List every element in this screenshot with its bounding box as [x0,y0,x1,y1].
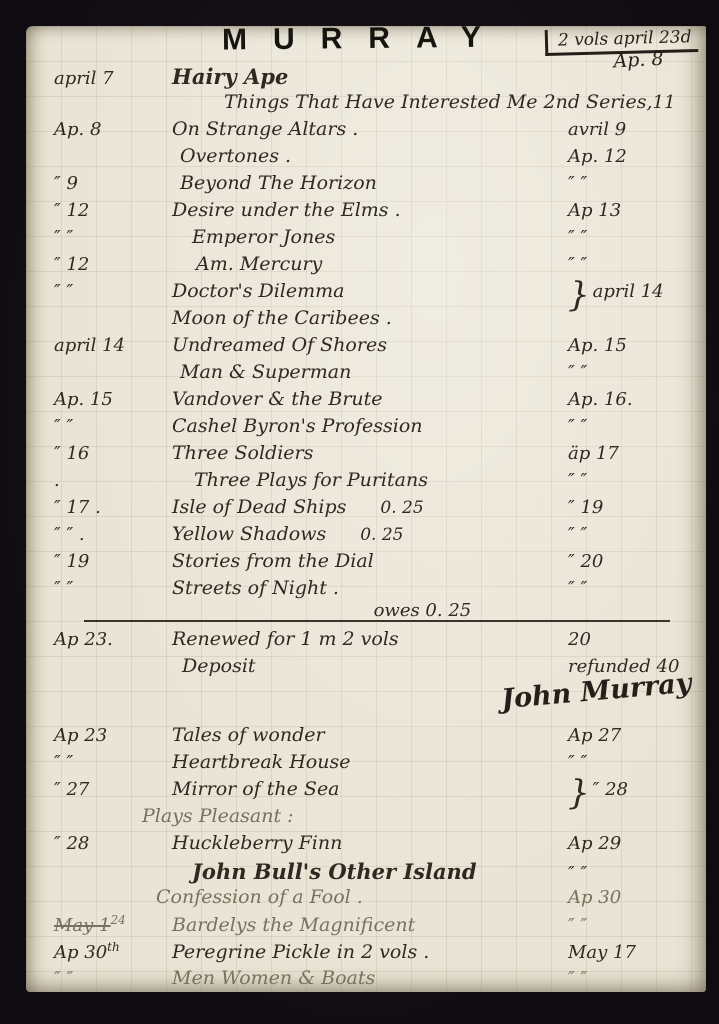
return-date: ″ ″ [568,470,696,491]
borrow-date: ″ 12 [38,254,172,275]
rows: april 7Hairy ApeThings That Have Interes… [38,64,696,994]
book-title: Moon of the Caribees . [172,307,568,329]
borrow-date: Ap 23. [38,629,172,650]
ledger-row: ″ ″Men Women & Boats″ ″ [38,967,696,994]
book-title: Yellow Shadows0. 25 [172,523,568,545]
return-date: Ap 30 [568,887,696,908]
borrow-date: ″ 27 [38,779,172,800]
book-title: Bardelys the Magnificent [172,914,568,936]
book-title: Men Women & Boats [172,967,568,989]
ledger-row: Ap 23.Renewed for 1 m 2 vols20 [38,628,696,655]
book-title: Undreamed Of Shores [172,334,568,356]
ledger-row: Confession of a Fool .Ap 30 [38,886,696,913]
borrower-name: MURRAY [222,21,507,58]
borrow-date: ″ ″ [38,281,172,302]
book-title: Deposit [182,655,568,677]
ledger-row: Things That Have Interested Me 2nd Serie… [38,91,696,118]
return-date: 20 [568,629,696,650]
return-date: ″ ″ [568,863,696,884]
price-note: 0. 25 [380,498,423,518]
ledger-row: May 124Bardelys the Magnificent″ ″ [38,913,696,940]
borrow-date: . [38,470,172,491]
book-title: Mirror of the Sea [172,778,568,800]
book-title: Isle of Dead Ships0. 25 [172,496,568,518]
ledger-row: Ap 23Tales of wonderAp 27 [38,724,696,751]
date-superscript: th [107,940,120,954]
return-date: Ap. 15 [568,335,696,356]
ledger-row: ″ ″Emperor Jones″ ″ [38,226,696,253]
return-date: Ap 27 [568,725,696,746]
book-title: Beyond The Horizon [180,172,568,194]
ledger-row: ″ 27Mirror of the Sea}″ 28 [38,778,696,805]
return-date: ″ ″ [568,524,696,545]
ledger-row: Plays Pleasant : [38,805,696,832]
book-title: Emperor Jones [192,226,568,248]
return-date: Ap 13 [568,200,696,221]
book-title: Huckleberry Finn [172,832,568,854]
book-title: Renewed for 1 m 2 vols [172,628,568,650]
return-date: ″ ″ [568,362,696,383]
ledger-row: ″ ″ .Yellow Shadows0. 25″ ″ [38,523,696,550]
ledger-row: ″ 28Huckleberry FinnAp 29 [38,832,696,859]
book-title: Three Plays for Puritans [194,469,568,491]
corner-note: 2 vols april 23d Ap. 8 [545,28,698,72]
borrow-date: ″ 17 . [38,497,172,518]
ledger-row: ″ 17 .Isle of Dead Ships0. 25″ 19 [38,496,696,523]
return-date: avril 9 [568,119,696,140]
return-date: Ap. 16. [568,389,696,410]
return-date: 11 [653,92,719,113]
ledger-row: april 14Undreamed Of ShoresAp. 15 [38,334,696,361]
book-title: John Bull's Other Island [192,859,568,884]
owes-note: owes 0. 25 [374,600,472,621]
ledger-row: Man & Superman″ ″ [38,361,696,388]
book-title: Desire under the Elms . [172,199,568,221]
date-superscript: 24 [111,913,126,927]
ledger-row: ″ 12Am. Mercury″ ″ [38,253,696,280]
ledger-row: .Three Plays for Puritans″ ″ [38,469,696,496]
ledger-row: Overtones .Ap. 12 [38,145,696,172]
book-title: Vandover & the Brute [172,388,568,410]
ledger-row: Ap. 15Vandover & the BruteAp. 16. [38,388,696,415]
borrow-date: Ap 23 [38,725,172,746]
borrow-date: ″ 28 [38,833,172,854]
borrow-date: ″ 9 [38,173,172,194]
ledger-row: ″ 9Beyond The Horizon″ ″ [38,172,696,199]
return-date: Ap. 12 [568,146,696,167]
lending-card: MURRAY 2 vols april 23d Ap. 8 april 7Hai… [26,26,706,992]
owes-rule-row: owes 0. 25 [38,604,696,628]
borrow-date: april 14 [38,335,172,356]
price-note: 0. 25 [360,525,403,545]
borrow-date: May 124 [38,913,172,936]
borrow-date: ″ ″ [38,968,172,989]
book-title: Hairy Ape [172,64,568,89]
return-date: ″ ″ [568,968,696,989]
ledger-row: ″ 12Desire under the Elms .Ap 13 [38,199,696,226]
book-title: Streets of Night . [172,577,568,599]
ledger-row: ″ ″Cashel Byron's Profession″ ″ [38,415,696,442]
book-title: Things That Have Interested Me 2nd Serie… [224,91,653,113]
return-date: ″ ″ [568,752,696,773]
ledger-row: ″ ″Doctor's Dilemma}april 14 [38,280,696,307]
borrow-date: ″ 16 [38,443,172,464]
return-date: ″ ″ [568,227,696,248]
borrow-date: Ap 30th [38,940,172,963]
return-date: }april 14 [568,281,696,302]
return-date: ″ 19 [568,497,696,518]
return-date: }″ 28 [568,779,696,800]
borrow-date: ″ ″ [38,578,172,599]
return-date: ″ 20 [568,551,696,572]
borrow-date: april 7 [38,68,172,89]
borrow-date: ″ 12 [38,200,172,221]
borrow-date: ″ ″ . [38,524,172,545]
book-title: Heartbreak House [172,751,568,773]
book-title: Confession of a Fool . [156,886,568,908]
ledger-row: ″ 16Three Soldiersäp 17 [38,442,696,469]
book-title: On Strange Altars . [172,118,568,140]
borrow-date: ″ ″ [38,416,172,437]
book-title: Plays Pleasant : [142,805,568,827]
book-title: Am. Mercury [196,253,568,275]
ledger-row: ″ ″Heartbreak House″ ″ [38,751,696,778]
book-title: Doctor's Dilemma [172,280,568,302]
return-date: äp 17 [568,443,696,464]
ledger-row: Moon of the Caribees . [38,307,696,334]
ledger-row: Ap 30thPeregrine Pickle in 2 vols .May 1… [38,940,696,967]
book-title: Cashel Byron's Profession [172,415,568,437]
signature-row: John Murray [38,682,696,724]
return-date: ″ ″ [568,254,696,275]
ledger-row: Ap. 8On Strange Altars .avril 9 [38,118,696,145]
ledger-row: ″ ″Streets of Night .″ ″ [38,577,696,604]
book-title: Man & Superman [180,361,568,383]
return-date: Ap 29 [568,833,696,854]
borrow-date: ″ ″ [38,752,172,773]
return-date: May 17 [568,942,696,963]
book-title: Stories from the Dial [172,550,568,572]
borrow-date: Ap. 15 [38,389,172,410]
book-title: Overtones . [180,145,568,167]
return-date: ″ ″ [568,578,696,599]
borrow-date: ″ ″ [38,227,172,248]
book-title: Tales of wonder [172,724,568,746]
ledger-row: ″ 19Stories from the Dial″ 20 [38,550,696,577]
return-date: ″ ″ [568,173,696,194]
return-date: ″ ″ [568,416,696,437]
borrow-date: ″ 19 [38,551,172,572]
borrow-date: Ap. 8 [38,119,172,140]
ledger-row: John Bull's Other Island″ ″ [38,859,696,886]
return-date: ″ ″ [568,915,696,936]
book-title: Peregrine Pickle in 2 vols . [172,941,568,963]
book-title: Three Soldiers [172,442,568,464]
